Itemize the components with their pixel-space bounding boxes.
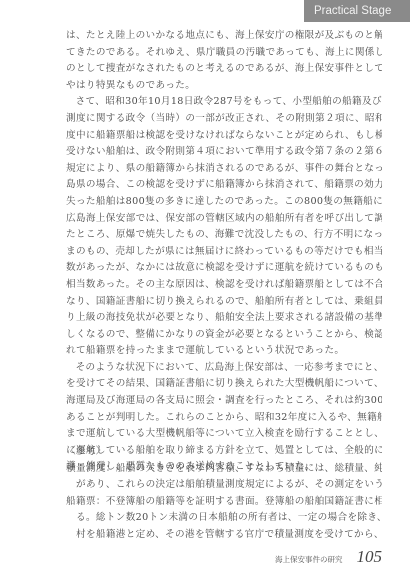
text-line: 受けない船舶は、政令附則第４項において準用する政令第７条の２第６項の [66,144,382,161]
text-line: のとして捜査がなされたものと考えるのであるが、海上保安事件としては、 [66,61,382,78]
page-footer: 海上保安事件の研究 105 [275,547,382,567]
reference-notes: 〈参考〉 積量測度：船舶の大きさを表す内容積、すなわち積量には、総積量、純積量 … [66,444,382,544]
text-line: なり、国籍証書船に切り換えられるので、船舶所有者としては、乗組員はよ [66,294,382,311]
text-line: てきたのである。それゆえ、県庁職員の汚職であっても、海上に関係したも [66,45,382,62]
body-text: は、たとえ陸上のいかなる地点にも、海上保安庁の権限が及ぶものと解され てきたので… [66,28,382,476]
text-line: たところ、原爆で焼失したもの、海難で沈没したもの、行方不明になったま [66,227,382,244]
text-line: を受けてその結果、国籍証書船に切り換えられた大型機帆船について、中国 [66,376,382,393]
text-line: 規定により、県の船籍簿から抹消されるのであるが、事件の舞台となった広 [66,161,382,178]
text-line: やはり特異なものであった。 [66,78,382,95]
text-line: あることが判明した。これらのことから、昭和32年度に入るや、無籍船のま [66,410,382,427]
section-label-tab: Practical Stage [304,0,410,22]
text-line: 島県の場合、この検認を受けずに船籍簿から抹消されて、船籍票の効力を [66,177,382,194]
text-line: 相当数あった。その主な原因は、検認を受ければ船籍票船としては不合格と [66,277,382,294]
text-line: れて船籍票を持ったままで運航しているという状況であった。 [66,343,382,360]
paragraph-start-line: さて、昭和30年10月18日政令287号をもって、小型船舶の船籍及び積量の [66,94,382,111]
text-line: まで運航している大型機帆船等について立入検査を励行することとし、不法 [66,426,382,443]
text-line: 失った船舶は800隻の多きに達したのであった。この800隻の無籍船について、 [66,194,382,211]
reference-heading: 〈参考〉 [66,444,382,461]
page-number: 105 [357,547,383,567]
text-line: 測度に関する政令（当時）の一部が改正され、その附則第２項に、昭和31年 [66,111,382,128]
text-line: しくなるので、整備にかなりの資金が必要となるということから、検認を逃 [66,327,382,344]
reference-term-line: 積量測度：船舶の大きさを表す内容積、すなわち積量には、総積量、純積量 [66,461,382,478]
journal-title: 海上保安事件の研究 [275,554,343,565]
text-line: は、たとえ陸上のいかなる地点にも、海上保安庁の権限が及ぶものと解され [66,28,382,45]
text-line: 広島海上保安部では、保安部の管轄区域内の船舶所有者を呼び出して調査し [66,211,382,228]
text-line: 度中に船籍票船は検認を受けなければならないことが定められ、もし検認を [66,128,382,145]
reference-continuation-line: る。総トン数20トン未満の日本船舶の所有者は、一定の場合を除き、市町 [66,510,382,527]
reference-continuation-line: 村を船籍港と定め、その港を管轄する官庁で積量測度を受けてから、その [66,527,382,544]
reference-term-line: 船籍票：不登簿船の船籍等を証明する書面。登簿船の船舶国籍証書に相当す [66,494,382,511]
paragraph-start-line: そのような状況下において、広島海上保安部は、一応参考までにと、検認 [66,360,382,377]
text-line: り上級の海技免状が必要となり、船舶安全法上要求される諸設備の基準が厳 [66,310,382,327]
text-line: 数があったが、なかには故意に検認を受けずに運航を続けているものもまた [66,260,382,277]
reference-continuation-line: があり、これらの決定は船舶積量測度規定によるが、その測定をいう。 [66,477,382,494]
text-line: まのもの、売却したが県には無届けに終わっているもの等だけでも相当の隻 [66,244,382,261]
text-line: 海運局及び海運局の各支局に照会・調査を行ったところ、それは約300隻で [66,393,382,410]
